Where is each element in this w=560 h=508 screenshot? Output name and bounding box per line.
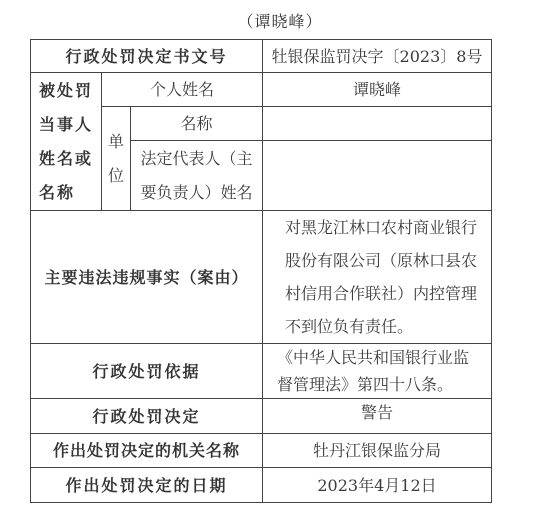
facts-line: 村信用合作联社）内控管理 (285, 277, 477, 310)
party-label-line: 姓名或 (39, 142, 93, 176)
basis-line: 督管理法》第四十八条。 (277, 371, 453, 398)
authority-value: 牡丹江银保监分局 (263, 434, 491, 467)
party-label-line: 当事人 (39, 108, 93, 142)
legal-rep-value (263, 141, 491, 210)
basis-label: 行政处罚依据 (31, 344, 262, 398)
unit-label-line: 位 (108, 159, 124, 193)
party-label-line: 被处罚 (39, 74, 93, 108)
party-label: 被处罚 当事人 姓名或 名称 (31, 73, 101, 210)
document-title: （谭晓峰） (0, 9, 560, 32)
party-label-line: 名称 (39, 176, 75, 210)
doc-number-label: 行政处罚决定书文号 (31, 40, 262, 72)
legal-rep-label: 法定代表人（主 要负责人）姓名 (131, 141, 262, 210)
date-label: 作出处罚决定的日期 (31, 468, 262, 502)
facts-value: 对黑龙江林口农村商业银行 股份有限公司（原林口县农 村信用合作联社）内控管理 不… (263, 211, 491, 343)
facts-label: 主要违法违规事实（案由） (31, 211, 262, 343)
individual-name-value: 谭晓峰 (263, 73, 491, 106)
decision-value: 警告 (263, 399, 491, 425)
doc-number-value: 牡银保监罚决字〔2023〕8号 (263, 40, 491, 72)
decision-label: 行政处罚决定 (31, 399, 262, 433)
basis-line: 《中华人民共和国银行业监 (277, 344, 469, 371)
date-value: 2023年4月12日 (263, 468, 491, 502)
individual-name-label: 个人姓名 (102, 73, 262, 106)
unit-name-label: 名称 (131, 107, 262, 140)
unit-label-line: 单 (108, 125, 124, 159)
facts-line: 不到位负有责任。 (285, 310, 413, 343)
facts-line: 对黑龙江林口农村商业银行 (285, 211, 477, 244)
legal-rep-label-line: 要负责人）姓名 (140, 176, 252, 210)
authority-label: 作出处罚决定的机关名称 (31, 434, 262, 467)
basis-value: 《中华人民共和国银行业监 督管理法》第四十八条。 (263, 344, 491, 398)
legal-rep-label-line: 法定代表人（主 (140, 142, 252, 176)
unit-name-value (263, 107, 491, 140)
facts-line: 股份有限公司（原林口县农 (285, 244, 477, 277)
unit-label: 单 位 (102, 107, 130, 210)
